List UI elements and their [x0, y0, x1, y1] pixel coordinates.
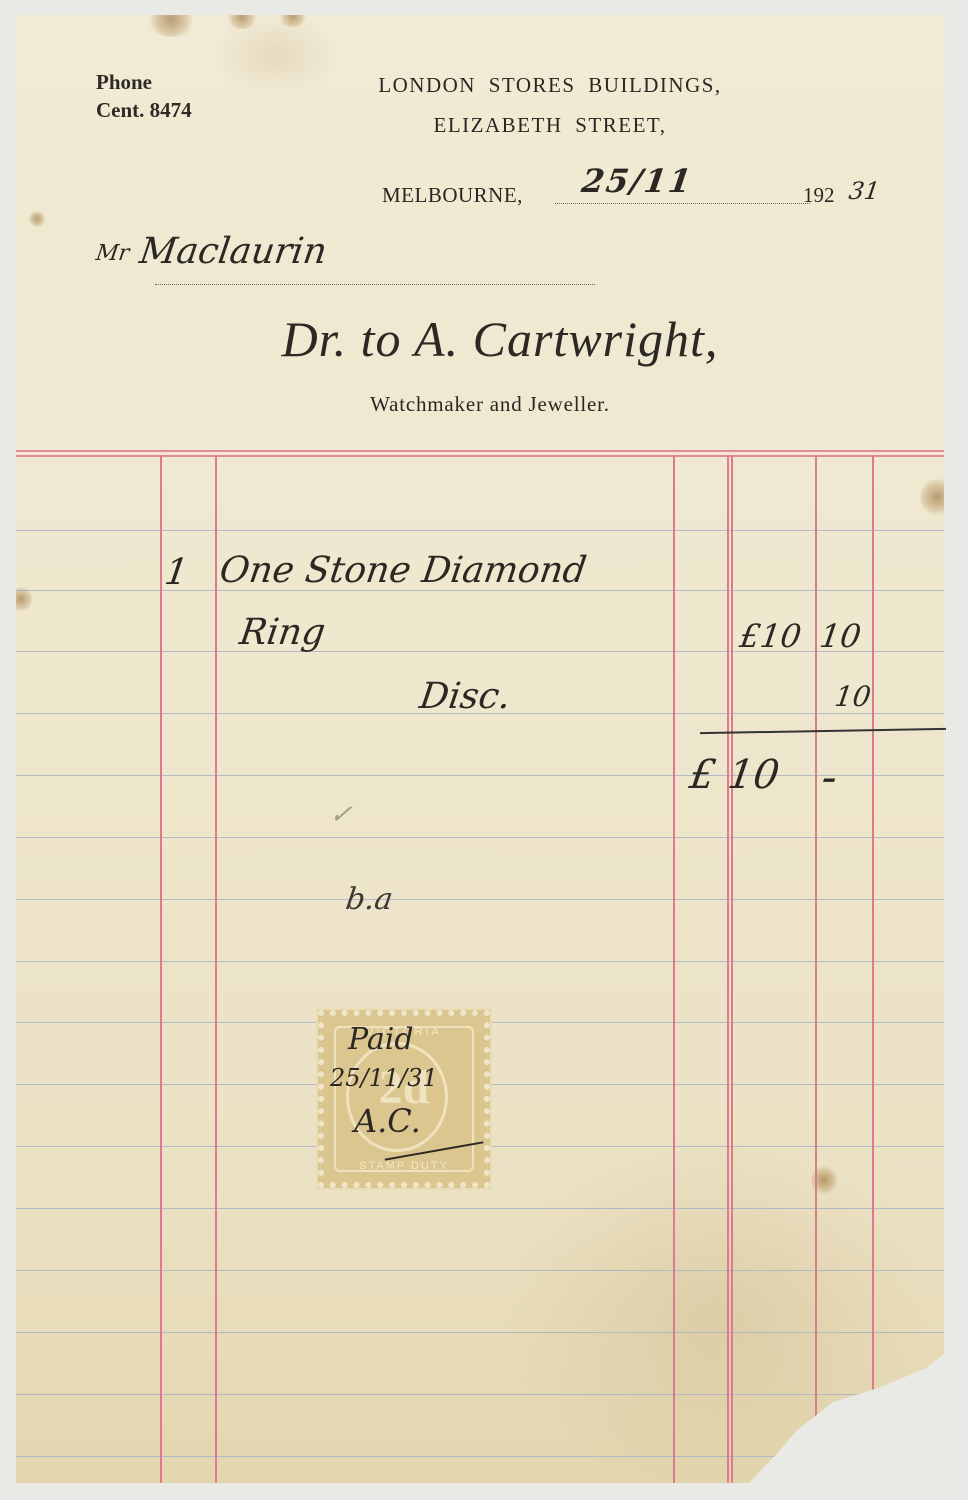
foxing-stain: [28, 211, 46, 227]
city-label: MELBOURNE,: [382, 183, 523, 208]
ruled-line: [16, 899, 944, 900]
phone-number: Cent. 8474: [96, 96, 192, 124]
ruled-line: [16, 1456, 944, 1457]
faint-mark: ✓: [328, 800, 354, 830]
trade-description: Watchmaker and Jeweller.: [290, 392, 690, 417]
ruled-line: [16, 1332, 944, 1333]
header-rule-red: [16, 455, 944, 457]
faint-initial: b.a: [344, 882, 396, 917]
column-rule-description: [215, 455, 217, 1483]
ruled-line: [16, 837, 944, 838]
item-amount-pounds: £10: [737, 617, 803, 655]
address-line-2: ELIZABETH STREET,: [280, 113, 820, 138]
item-amount-shillings: 10: [817, 617, 863, 655]
item-description-line2: Ring: [237, 612, 328, 653]
stamp-paid-initials: A.C.: [354, 1102, 421, 1140]
year-prefix: 192: [803, 183, 835, 208]
handwritten-year: 31: [847, 177, 881, 205]
ruled-line: [16, 1394, 944, 1395]
foxing-stain: [146, 1, 196, 37]
handwritten-date: 25/11: [579, 162, 695, 200]
ruled-line: [16, 530, 944, 531]
stamp-paid-text: Paid: [348, 1022, 414, 1057]
foxing-stain: [226, 5, 258, 29]
column-rule-shillings: [815, 455, 817, 1483]
debtor-line: Dr. to A. Cartwright,: [200, 310, 800, 368]
discount-label: Disc.: [417, 676, 513, 717]
salutation: Mr: [94, 241, 131, 266]
ruled-line: [16, 1270, 944, 1271]
total-pounds: £ 10: [687, 752, 783, 798]
column-rule-pence: [872, 455, 874, 1483]
column-rule-amount: [673, 455, 675, 1483]
ruled-line: [16, 1208, 944, 1209]
stamp-duty: VICTORIA 2d STAMP DUTY Paid 25/11/31 A.C…: [318, 1010, 490, 1188]
foxing-stain: [920, 477, 954, 517]
column-rule-pounds: [727, 455, 729, 1483]
header-rule-red: [16, 450, 944, 452]
date-dotted-line: [555, 203, 810, 204]
stamp-label: STAMP DUTY: [324, 1160, 484, 1172]
phone-label: Phone: [96, 68, 192, 96]
ruled-line: [16, 961, 944, 962]
discount-amount-shillings: 10: [833, 680, 873, 713]
item-description-line1: One Stone Diamond: [217, 550, 589, 591]
foxing-stain: [278, 5, 308, 27]
customer-name: Maclaurin: [137, 231, 329, 272]
column-rule-qty: [160, 455, 162, 1483]
phone-block: Phone Cent. 8474: [96, 68, 192, 124]
ruled-line: [16, 775, 944, 776]
address-line-1: LONDON STORES BUILDINGS,: [280, 73, 820, 98]
customer-dotted-line: [155, 284, 595, 285]
column-rule-pounds-double: [731, 455, 733, 1483]
stamp-paid-date: 25/11/31: [330, 1064, 438, 1092]
ruled-line: [16, 651, 944, 652]
